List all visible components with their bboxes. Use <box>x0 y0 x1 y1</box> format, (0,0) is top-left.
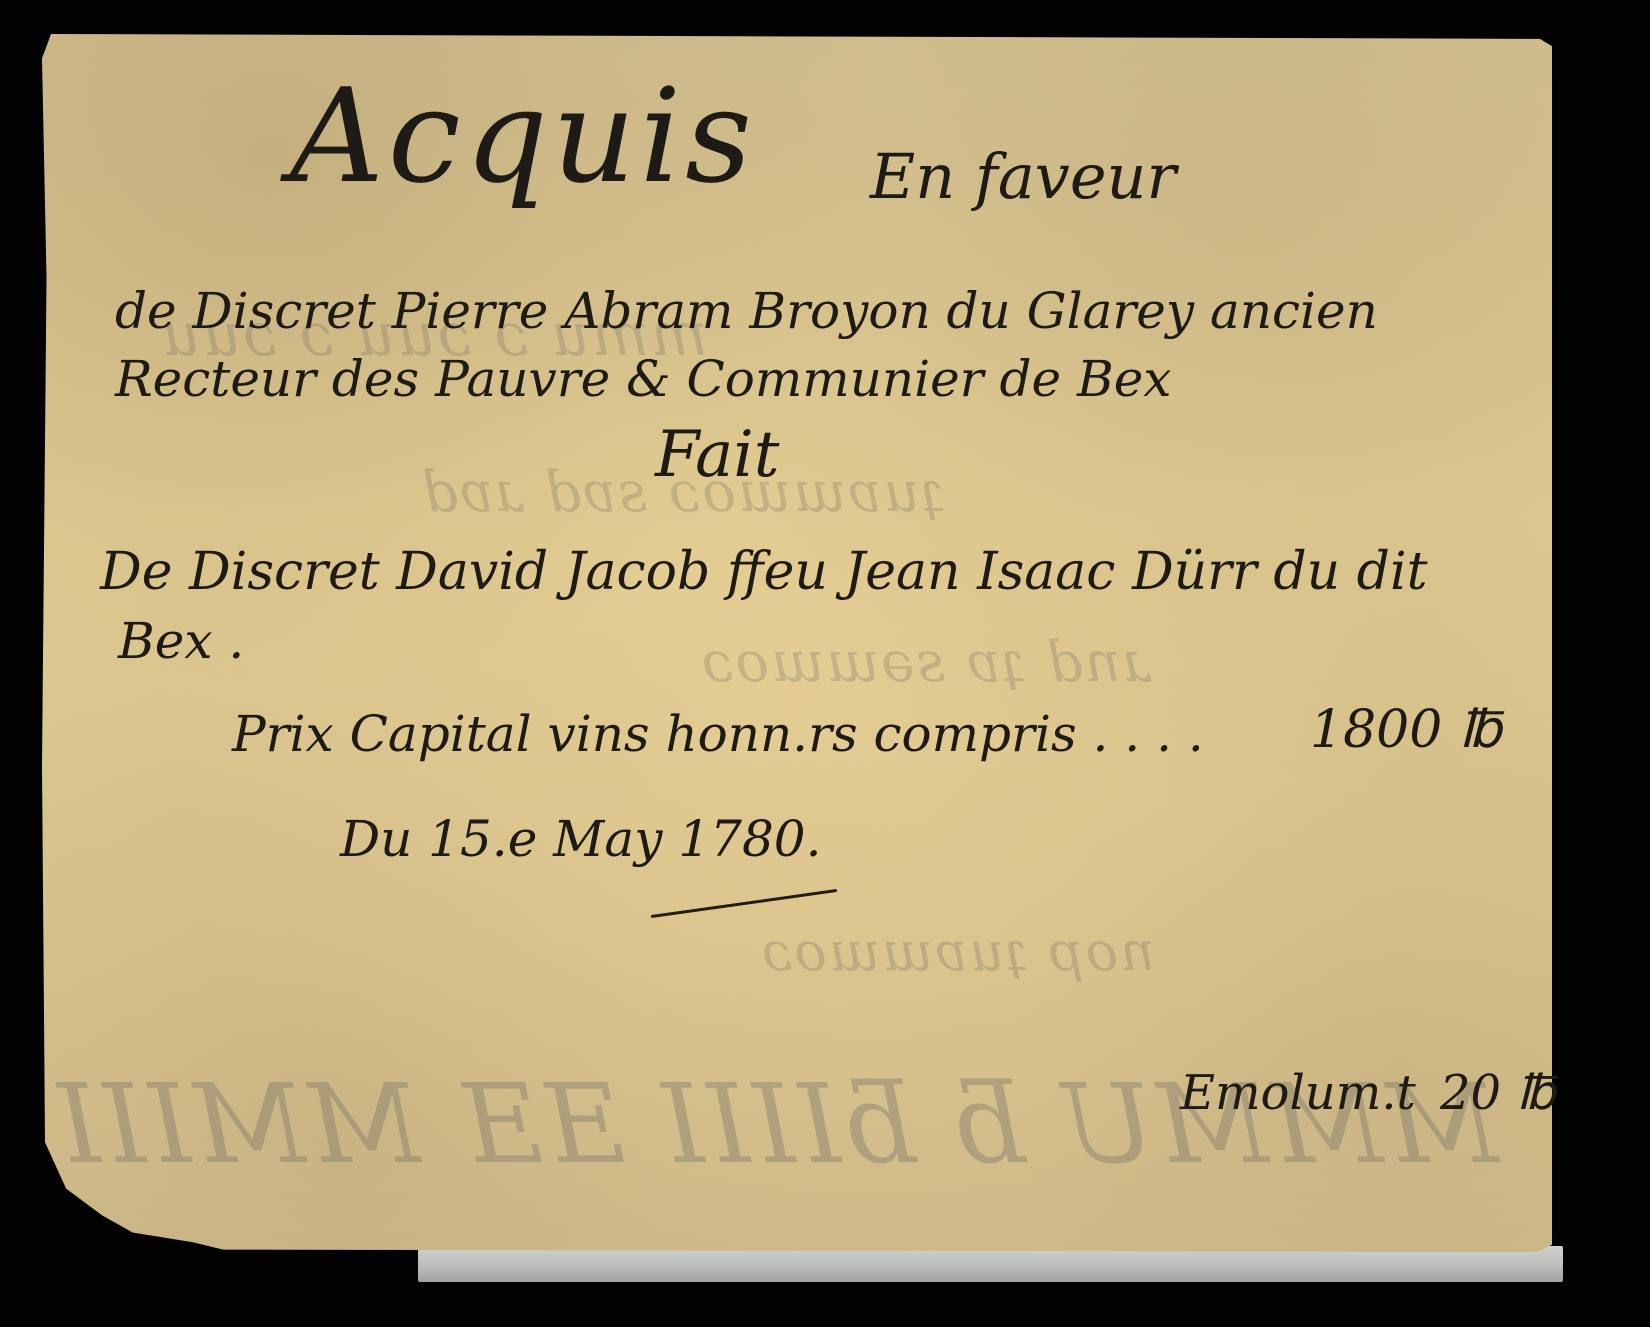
beneficiary-line-2: Recteur des Pauvre & Communier de Bex <box>115 350 1172 408</box>
emolument-label: Emolum.t <box>1180 1065 1416 1121</box>
document-date: Du 15.e May 1780. <box>340 810 821 868</box>
emolument-value: 20 ℔ <box>1440 1065 1556 1121</box>
bleed-through-text: nop ʇuɐɯɯoɔ <box>760 920 1155 983</box>
seller-line-2: Bex . <box>118 612 244 670</box>
price-value: 1800 ℔ <box>1310 700 1501 760</box>
fait-heading: Fait <box>655 418 779 492</box>
document-title: Acquis <box>290 60 756 212</box>
document-title-suffix: En faveur <box>870 140 1176 213</box>
bleed-through-text: ɹnd ʇɐ sǝɯɯoɔ <box>700 630 1151 695</box>
seller-line-1: De Discret David Jacob ffeu Jean Isaac D… <box>100 542 1428 602</box>
beneficiary-line-1: de Discret Pierre Abram Broyon du Glarey… <box>115 282 1378 340</box>
price-label: Prix Capital vins honn.rs compris . . . … <box>232 705 1204 763</box>
